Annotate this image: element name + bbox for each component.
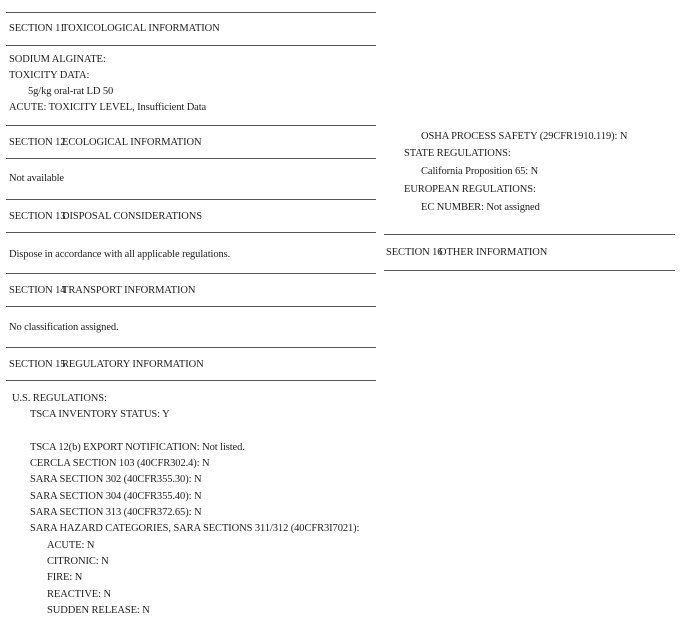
divider [6, 125, 376, 126]
european-regulations-label: EUROPEAN REGULATIONS: [404, 184, 536, 196]
state-regulations-label: STATE REGULATIONS: [404, 148, 511, 160]
divider [6, 232, 376, 233]
section-12-heading: SECTION 12ECOLOGICAL INFORMATION [9, 137, 201, 149]
divider [6, 12, 376, 13]
ecological-info-text: Not available [9, 173, 64, 185]
section-title: TRANSPORT INFORMATION [62, 285, 195, 296]
section-title: REGULATORY INFORMATION [62, 359, 204, 370]
divider [384, 270, 675, 271]
section-title: OTHER INFORMATION [439, 247, 547, 258]
acute-toxicity-level: ACUTE: TOXICITY LEVEL, Insufficient Data [9, 102, 206, 114]
divider [384, 234, 675, 235]
section-title: DISPOSAL CONSIDERATIONS [62, 211, 202, 222]
hazard-acute: ACUTE: N [47, 540, 94, 552]
section-number: SECTION 12 [9, 137, 62, 149]
divider [6, 347, 376, 348]
section-number: SECTION 11 [9, 23, 62, 35]
hazard-fire: FIRE: N [47, 572, 82, 584]
section-title: TOXICOLOGICAL INFORMATION [62, 23, 220, 34]
section-14-heading: SECTION 14TRANSPORT INFORMATION [9, 285, 195, 297]
tsca-export-notification: TSCA 12(b) EXPORT NOTIFICATION: Not list… [30, 442, 245, 454]
california-prop-65: California Proposition 65: N [421, 166, 538, 178]
section-number: SECTION 13 [9, 211, 62, 223]
disposal-text: Dispose in accordance with all applicabl… [9, 249, 230, 261]
divider [6, 158, 376, 159]
divider [6, 45, 376, 46]
sara-hazard-categories: SARA HAZARD CATEGORIES, SARA SECTIONS 31… [30, 523, 359, 535]
substance-name: SODIUM ALGINATE: [9, 54, 106, 66]
divider [6, 380, 376, 381]
osha-process-safety: OSHA PROCESS SAFETY (29CFR1910.119): N [421, 131, 627, 143]
cercla-section-103: CERCLA SECTION 103 (40CFR302.4): N [30, 458, 210, 470]
toxicity-data-label: TOXICITY DATA: [9, 70, 89, 82]
divider [6, 199, 376, 200]
tsca-inventory-status: TSCA INVENTORY STATUS: Y [30, 409, 170, 421]
section-11-heading: SECTION 11TOXICOLOGICAL INFORMATION [9, 23, 220, 35]
section-13-heading: SECTION 13DISPOSAL CONSIDERATIONS [9, 211, 202, 223]
section-16-heading: SECTION 16OTHER INFORMATION [386, 247, 547, 259]
ec-number: EC NUMBER: Not assigned [421, 202, 540, 214]
hazard-chronic: CITRONIC: N [47, 556, 109, 568]
ld50-value: 5g/kg oral-rat LD 50 [28, 86, 113, 98]
section-number: SECTION 16 [386, 247, 439, 259]
transport-text: No classification assigned. [9, 322, 119, 334]
section-number: SECTION 15 [9, 359, 62, 371]
hazard-reactive: REACTIVE: N [47, 589, 111, 601]
hazard-sudden-release: SUDDEN RELEASE: N [47, 605, 150, 617]
sara-section-313: SARA SECTION 313 (40CFR372.65): N [30, 507, 201, 519]
section-number: SECTION 14 [9, 285, 62, 297]
sara-section-302: SARA SECTION 302 (40CFR355.30): N [30, 474, 201, 486]
divider [6, 306, 376, 307]
section-15-heading: SECTION 15REGULATORY INFORMATION [9, 359, 204, 371]
section-title: ECOLOGICAL INFORMATION [62, 137, 201, 148]
us-regulations-label: U.S. REGULATIONS: [12, 393, 107, 405]
sara-section-304: SARA SECTION 304 (40CFR355.40): N [30, 491, 201, 503]
divider [6, 273, 376, 274]
